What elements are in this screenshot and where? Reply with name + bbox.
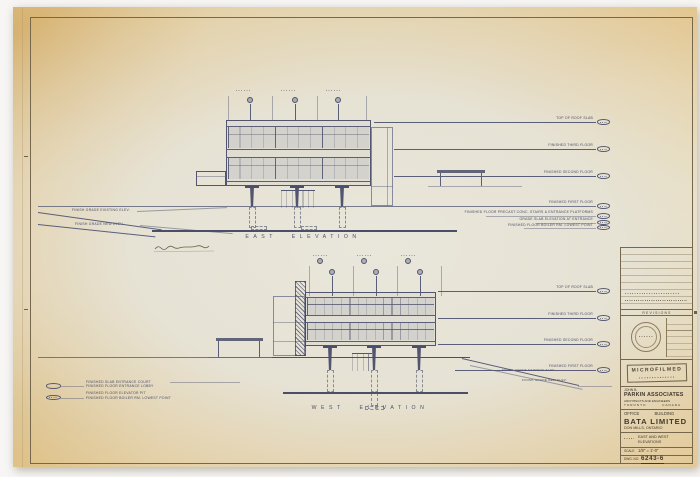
- note-leader: [61, 386, 84, 387]
- divider: [621, 432, 693, 433]
- sheet-title-line1: EAST AND WEST: [638, 436, 669, 440]
- client-location: DON MILLS, ONTARIO: [624, 427, 662, 431]
- note-label: FINISHED FLOOR ENTRANCE LOBBY: [86, 385, 154, 388]
- elevation-tag: [597, 146, 610, 152]
- east-planter-wall: [196, 171, 226, 186]
- column-capital: [245, 186, 259, 188]
- note-label: FINISHED FLOOR PRECAST CONC. STAIRS & EN…: [465, 211, 593, 214]
- stair-tower-line: [371, 186, 393, 187]
- ground-line: [38, 357, 275, 358]
- elevation-tag: [46, 383, 61, 389]
- microfilm-stamp: MICROFILMED: [627, 363, 687, 383]
- east-elevation-title: EAST ELEVATION: [226, 235, 380, 240]
- level-label: FINISHED SECOND FLOOR: [544, 171, 593, 174]
- stamp-line: [635, 374, 679, 376]
- paper-fold-crease: [22, 8, 23, 467]
- column-grid-line: [250, 104, 251, 121]
- column-grid-line: [366, 96, 367, 121]
- dwg-label: DWG. NO.: [624, 458, 639, 461]
- east-stair-tower: [371, 127, 393, 206]
- stamp-text: MICROFILMED: [628, 367, 686, 374]
- sheet-title-line2: ELEVATIONS: [638, 441, 661, 445]
- grade-label-new: FINISH GRADE NEW ELEV.: [522, 379, 567, 382]
- revision-entry-text: [625, 300, 687, 301]
- column-capital: [412, 346, 426, 348]
- stair-tower-line: [387, 127, 388, 206]
- dimension-text: [236, 90, 250, 91]
- grade-line: [578, 386, 612, 387]
- dimension-text: [313, 255, 327, 256]
- scanned-drawing-sheet: TOP OF ROOF SLAB FINISHED THIRD FLOOR FI…: [0, 0, 700, 477]
- level-label: TOP OF ROOF SLAB: [556, 286, 593, 289]
- west-window-band-lower: [307, 323, 434, 340]
- chimney-hatched: [295, 281, 306, 356]
- firm-location: TORONTO CANADA: [624, 404, 681, 407]
- note-label: FINISHED FLOOR BOILER RM. LOWEST POINT: [508, 224, 593, 227]
- floor-spandrel-line: [226, 149, 371, 150]
- column-grid-line: [338, 104, 339, 121]
- dimension-text: [401, 255, 415, 256]
- elevation-tag: [597, 367, 610, 373]
- note-leader: [61, 398, 84, 399]
- foundation-pier: [249, 207, 256, 228]
- soffit-beam-line: [305, 341, 436, 342]
- level-label: FINISHED THIRD FLOOR: [548, 144, 593, 147]
- level-label: FINISHED FIRST FLOOR: [549, 201, 593, 204]
- level-line-third: [438, 318, 596, 319]
- west-window-band-upper: [307, 298, 434, 315]
- elevation-tag: [597, 203, 610, 209]
- foundation-pier: [371, 370, 378, 392]
- grade-label-existing: FINISH GRADE EXISTING ELEV.: [502, 369, 555, 372]
- column-grid-line: [317, 96, 318, 121]
- level-line-roof: [374, 122, 596, 123]
- ground-line-heavy: [272, 357, 470, 359]
- soffit-beam-line: [226, 181, 371, 182]
- note-leader: [170, 382, 240, 383]
- column-grid-line: [272, 96, 273, 121]
- grade-label-existing: FINISH GRADE EXISTING ELEV.: [72, 209, 130, 212]
- dimension-text: [281, 90, 295, 91]
- east-window-band-upper: [228, 127, 369, 148]
- stamp-line: [639, 377, 675, 379]
- divider: [621, 409, 693, 410]
- client-name: BATA LIMITED: [624, 418, 687, 426]
- dimension-text: [357, 255, 371, 256]
- foundation-pier: [294, 207, 301, 228]
- revisions-header: REVISIONS: [621, 309, 693, 316]
- elevation-tag: [597, 315, 610, 321]
- floor-spandrel-line: [305, 315, 436, 316]
- column-capital: [323, 346, 337, 348]
- planter-line: [196, 176, 226, 177]
- stamp-box: MICROFILMED: [621, 359, 693, 386]
- scale-value: 1/8" = 1'-0": [638, 449, 658, 453]
- firm-name: PARKIN ASSOCIATES: [624, 393, 684, 398]
- elevation-tag: [597, 288, 610, 294]
- elevation-tag: [597, 341, 610, 347]
- architect-seal: [631, 322, 661, 352]
- east-shelter-roof: [437, 170, 485, 173]
- revision-table: [621, 248, 693, 308]
- foundation-pier: [416, 370, 423, 392]
- dimension-box: [301, 226, 317, 230]
- level-label: FINISHED THIRD FLOOR: [548, 313, 593, 316]
- fold-mark: [24, 156, 28, 157]
- note-label: FINISHED FLOOR ELEVATOR PIT: [86, 392, 146, 395]
- west-shelter-roof: [216, 338, 263, 341]
- level-line-roof: [438, 291, 596, 292]
- level-label: FINISHED SECOND FLOOR: [544, 339, 593, 342]
- shelter-post: [440, 173, 441, 186]
- dimension-box: [251, 226, 267, 230]
- column-capital: [290, 186, 304, 188]
- east-window-band-lower: [228, 158, 369, 179]
- elevation-tag: [597, 173, 610, 179]
- foundation-pier: [327, 370, 334, 392]
- signoff-table: [666, 318, 692, 357]
- level-line-first: [38, 206, 596, 207]
- shelter-post: [481, 173, 482, 186]
- elevation-tag: [597, 119, 610, 125]
- column-capital: [367, 346, 381, 348]
- shelter-post: [218, 341, 219, 357]
- note-label: FINISHED FLOOR BOILER RM. LOWEST POINT: [86, 397, 171, 400]
- project-type: OFFICE BUILDING: [624, 412, 674, 416]
- upper-grade-line: [428, 186, 522, 187]
- column-capital: [335, 186, 349, 188]
- note-leader: [524, 228, 596, 229]
- column-grid-line: [295, 104, 296, 121]
- level-line-third: [394, 149, 596, 150]
- foundation-pier: [339, 207, 346, 228]
- dwg-number: 6243-6: [641, 456, 664, 464]
- fold-mark: [24, 309, 28, 310]
- column-grid-line: [228, 96, 229, 121]
- edge-tab-mark: [694, 311, 697, 314]
- elevation-tag: [597, 213, 610, 219]
- title-field-label: [624, 438, 634, 439]
- scale-label: SCALE: [624, 450, 634, 453]
- elevation-tag: [46, 395, 61, 401]
- dimension-text: [326, 90, 340, 91]
- shelter-post: [259, 341, 260, 357]
- west-elevation-title: WEST ELEVATION: [300, 406, 440, 411]
- level-label: FINISHED FIRST FLOOR: [549, 365, 593, 368]
- level-label: TOP OF ROOF SLAB: [556, 117, 593, 120]
- level-line-second: [394, 176, 596, 177]
- level-line-second: [438, 344, 596, 345]
- revision-entry-text: [625, 293, 680, 294]
- note-label: GRADE SLAB ELEVATION AT ENTRANCE: [519, 218, 593, 221]
- ground-line-heavy: [152, 230, 457, 232]
- handwritten-note: [152, 243, 218, 253]
